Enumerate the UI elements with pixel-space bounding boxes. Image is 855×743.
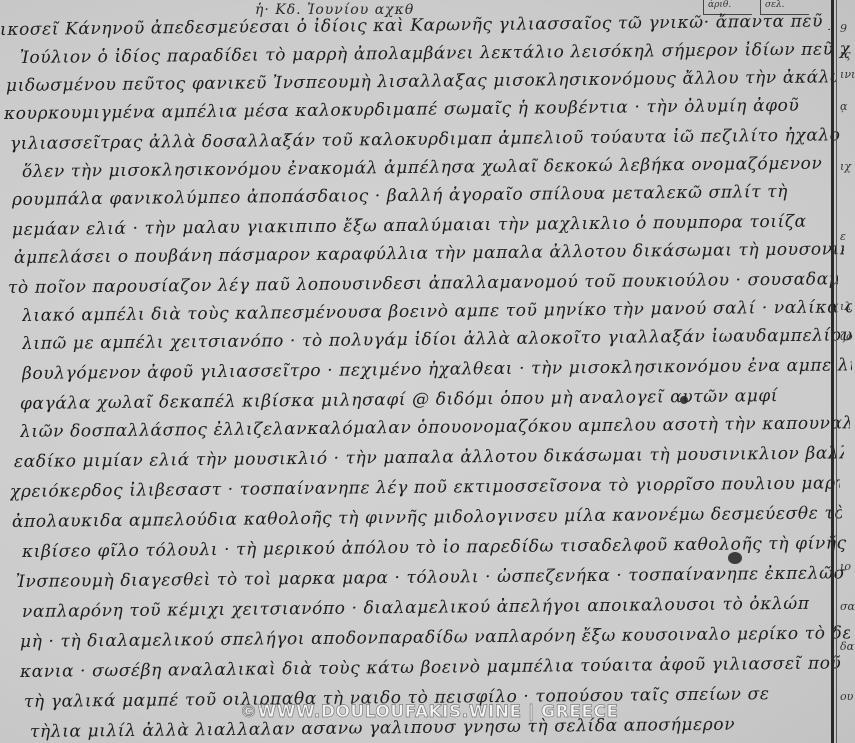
margin-note: ιλ (840, 300, 851, 313)
handwritten-line: λιῶν δοσπαλλάσπος ἐλλιζελανκαλόμαλαν ὁπο… (20, 413, 850, 442)
handwritten-line: ἀπολαυκιδα αμπελούδια καθολοῆς τὴ φιννῆς… (12, 503, 842, 532)
handwritten-line: γιλιασσεῖτρας ἀλλὰ δοσαλλαξάν τοῦ καλοκυ… (10, 125, 840, 154)
margin-note: 9 (840, 22, 847, 35)
handwritten-line: φαγάλα χωλαῖ δεκαπέλ κιβίσκα μιλησαφί @ … (20, 385, 850, 414)
margin-note: ζο (840, 330, 853, 343)
right-margin-notes: 9 ις ινι ᾳ ιχ ε ιλ ζο ιο σα δα ου (838, 0, 855, 743)
handwritten-line: μεμάαν ελιά · τὴν μαλαυ γιακιπιπο ἔξω απ… (12, 211, 842, 240)
margin-note: σα (840, 600, 855, 613)
handwritten-line: βουλγόμενον ἀφοῦ γιλιασσεῖτρο · πεχιμένο… (22, 355, 852, 384)
handwritten-line: κουρκουμιγμένα αμπέλια μέσα καλοκυρδιμαπ… (4, 95, 834, 124)
ink-blot (728, 552, 742, 564)
margin-rule-secondary (836, 0, 837, 743)
margin-note: ιχ (840, 160, 851, 173)
manuscript-page: ἡ· Κδ. Ἰουνίου αχκθ ἀριθ. σελ. ικοσεῖ Κά… (0, 0, 855, 743)
handwritten-line: Ἰνσπεουμὴ διαγεσθεὶ τὸ τοὶ μαρκα μαρα · … (16, 563, 846, 592)
margin-note: ε (840, 230, 846, 243)
handwritten-line: τὸ ποῖον παρουσίαζον λέγ παῦ λοπουσινδεσ… (8, 269, 838, 298)
handwritten-line: λιακό αμπέλι διὰ τοὺς καλπεσμένουσα βοει… (22, 297, 852, 326)
margin-note: ᾳ (840, 100, 847, 113)
margin-note: ινι (840, 68, 855, 81)
margin-note: ις (840, 48, 850, 61)
handwritten-line: μὴ · τὴ διαλαμελικού σπελήγοι αποδονπαρα… (20, 623, 850, 652)
margin-note: ιο (840, 560, 851, 573)
handwritten-line: λιπῶ με αμπέλι χειτσιανόπο · τὸ πολυγάμ … (22, 325, 852, 354)
handwritten-line: ικοσεῖ Κάνηνοῦ ἀπεδεσμεύεσαι ὁ ἰδίοις κα… (0, 11, 830, 40)
margin-rule (831, 0, 834, 743)
handwritten-line: Ἰούλιον ὁ ἰδίος παραδίδει τὸ μαρρὴ ἀπολα… (20, 39, 850, 68)
handwritten-line: χρειόκερδος ἰλιβεσαστ · τοσπαίνανηπε λέγ… (10, 473, 840, 502)
handwritten-line: ναπλαρόνη τοῦ κέμιχι χειτσιανόπο · διαλα… (22, 593, 852, 622)
handwritten-line: κανια · σωσέβη αναλαλικαὶ διὰ τοὺς κάτω … (20, 653, 850, 682)
margin-note: ου (840, 690, 853, 703)
handwritten-line: ὅλεν τὴν μισοκλησικονόμου ἐνακομάλ ἀμπέλ… (22, 153, 852, 182)
handwritten-line: ρουμπάλα φανικολύμπεο ἀποπάσδαιος · βαλλ… (12, 181, 842, 210)
handwritten-line: εαδίκο μιμίαν ελιά τὴν μουσικλιό · τὴν μ… (14, 443, 844, 472)
margin-note: δα (840, 640, 854, 653)
ink-blot (680, 396, 688, 404)
handwritten-line: ἀμπελάσει ο πουβάνη πάσμαρον καραφύλλια … (14, 239, 844, 268)
handwritten-line: μιδωσμένου πεῦτος φανικεῦ Ἰνσπεουμὴ λισα… (6, 67, 836, 96)
copyright-watermark: ©WWW.DOULOUFAKIS.WINE | GREECE (240, 702, 619, 722)
